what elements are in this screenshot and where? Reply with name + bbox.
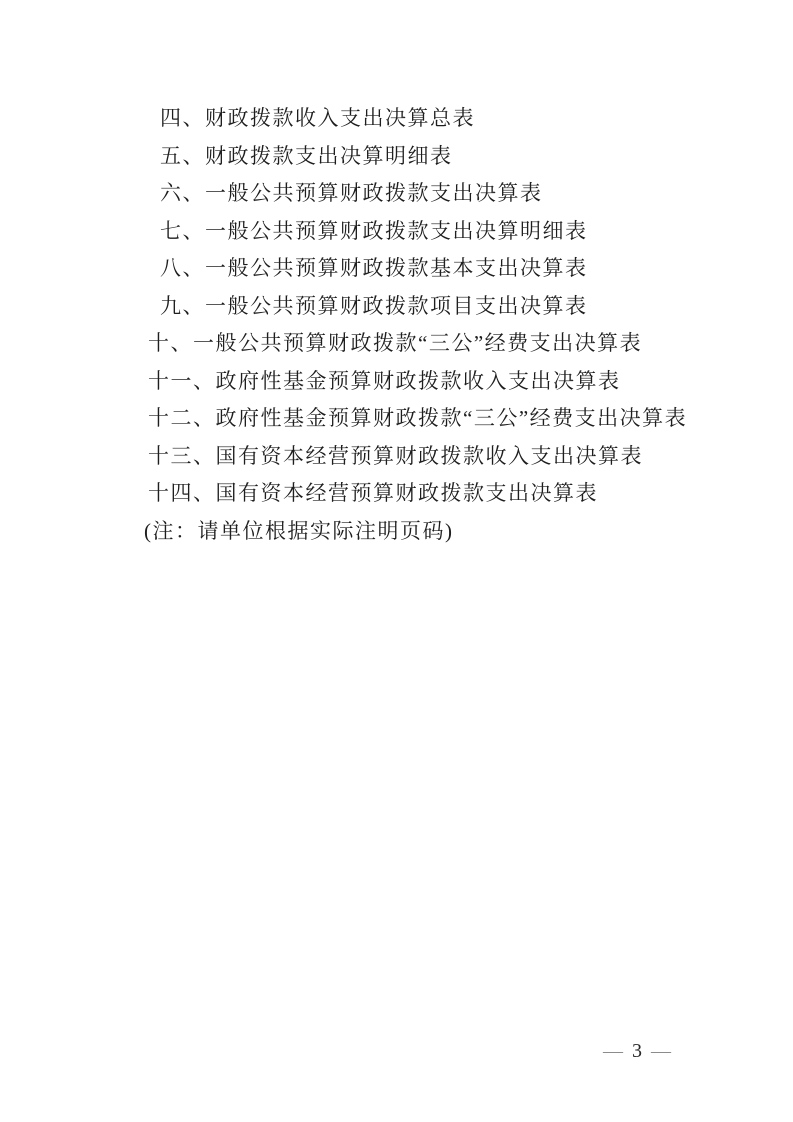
toc-item: 八、一般公共预算财政拨款基本支出决算表 <box>144 250 744 288</box>
toc-item: 十二、政府性基金预算财政拨款“三公”经费支出决算表 <box>144 400 744 438</box>
toc-item: 十四、国有资本经营预算财政拨款支出决算表 <box>144 475 744 513</box>
footer-dash-left: — <box>603 1040 623 1063</box>
toc-item: 十一、政府性基金预算财政拨款收入支出决算表 <box>144 363 744 401</box>
toc-item: 九、一般公共预算财政拨款项目支出决算表 <box>144 288 744 326</box>
document-page: 四、财政拨款收入支出决算总表 五、财政拨款支出决算明细表 六、一般公共预算财政拨… <box>0 0 793 1122</box>
toc-item: 五、财政拨款支出决算明细表 <box>144 138 744 176</box>
page-note: (注：请单位根据实际注明页码) <box>144 513 744 551</box>
toc-list: 四、财政拨款收入支出决算总表 五、财政拨款支出决算明细表 六、一般公共预算财政拨… <box>144 100 744 550</box>
page-number: 3 <box>632 1040 642 1063</box>
toc-item: 七、一般公共预算财政拨款支出决算明细表 <box>144 213 744 251</box>
page-number-footer: — 3 — <box>603 1040 671 1063</box>
footer-dash-right: — <box>651 1040 671 1063</box>
toc-item: 十三、国有资本经营预算财政拨款收入支出决算表 <box>144 438 744 476</box>
toc-item: 六、一般公共预算财政拨款支出决算表 <box>144 175 744 213</box>
toc-item: 十、一般公共预算财政拨款“三公”经费支出决算表 <box>144 325 744 363</box>
toc-item: 四、财政拨款收入支出决算总表 <box>144 100 744 138</box>
